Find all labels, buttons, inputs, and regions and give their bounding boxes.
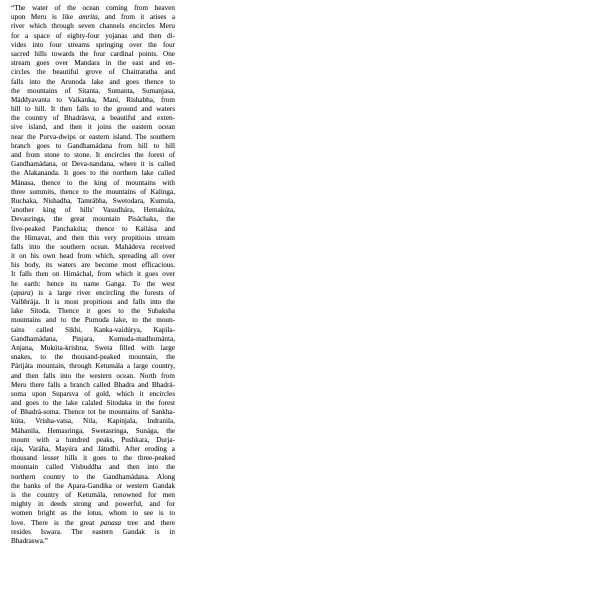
text-line: the Himavat, and then this very propitio…	[11, 234, 175, 243]
text-line: the Alakananda. It goes to the northern …	[11, 169, 175, 178]
text-line: sacred hills towards the four cardinal p…	[11, 50, 175, 59]
text-line: the mountains of Sitanta, Sumanta, Suman…	[11, 87, 175, 96]
text-line: Máddyavanta to Vaikanka, Mani, Rishabha,…	[11, 96, 175, 105]
text-line: and from stone to stone. It encircles th…	[11, 151, 175, 160]
text-line: Gandhamádana, Pinjara, Kumuda-madhumánta…	[11, 335, 175, 344]
book-page: “The water of the ocean coming from heav…	[0, 0, 600, 607]
text-line: river which through seven channels encir…	[11, 22, 175, 31]
text-line: near the Purva-dwips or eastern island. …	[11, 133, 175, 142]
text-line: he earth: hence its name Ganga. To the w…	[11, 280, 175, 289]
italic-term: apara	[13, 289, 30, 297]
text-line: “The water of the ocean coming from heav…	[11, 4, 175, 13]
text-line: love. There is the great panasa tree and…	[11, 519, 175, 528]
text-line: branch goes to Gandhamádana from hill to…	[11, 142, 175, 151]
text-line: mighty in deeds strong and powerful, and…	[11, 500, 175, 509]
text-line: mountain called Visbuddha and then into …	[11, 463, 175, 472]
text-line: mount with a hundred peaks, Pushkara, Du…	[11, 436, 175, 445]
text-line: Ruchaka, Nishadha, Tamrábha, Swetodara, …	[11, 197, 175, 206]
text-line: rája, Varáha, Mayúra and Játudhi. After …	[11, 445, 175, 454]
text-line: Párijáta mountain, through Ketumála a la…	[11, 362, 175, 371]
text-line: sive island, and then it joins the easte…	[11, 123, 175, 132]
text-line: Bhadraswa.”	[11, 537, 175, 546]
text-line: thousand lesser hills it goes to the thr…	[11, 454, 175, 463]
italic-term: amrita	[79, 13, 98, 21]
text-line: mountains and to the Purnoda lake, to th…	[11, 316, 175, 325]
text-line: falls into the southern ocean. Mahádeva …	[11, 243, 175, 252]
text-line: Mánasa, thence to the king of mountains …	[11, 179, 175, 188]
text-line: resides Iswara. The eastern Gandak is in	[11, 528, 175, 537]
text-line: hill to hill. It then falls to the groun…	[11, 105, 175, 114]
text-line: it on his own head from which, spreading…	[11, 252, 175, 261]
body-text-column: “The water of the ocean coming from heav…	[11, 4, 175, 546]
text-line: stream goes over Mandara in the east and…	[11, 59, 175, 68]
text-line: tains called Sikhi, Kanka-vaidúrya, Kapi…	[11, 326, 175, 335]
text-line: circles the beautiful grove of Chaitrara…	[11, 68, 175, 77]
text-line: Meru there falls a branch called Bhadra …	[11, 381, 175, 390]
text-line: and goes to the lake calaled Sitodaka in…	[11, 399, 175, 408]
text-line: (apara) is a large river encircling the …	[11, 289, 175, 298]
text-line: three summits, thence to the mountains o…	[11, 188, 175, 197]
text-line: Gandhamádana, or Deva-nandana, where it …	[11, 160, 175, 169]
text-line: lake Sitoda. Thence it goes to the Subak…	[11, 307, 175, 316]
text-line: the banks of the Apara-Gandika or wester…	[11, 482, 175, 491]
text-line: for a space of eighty-four yojanas and t…	[11, 32, 175, 41]
text-line: 'another king of hills' Vasudhára, Hemak…	[11, 206, 175, 215]
text-line: women bright as the lotus, whom to see i…	[11, 509, 175, 518]
text-line: five-peaked Panchakúta; thence to Kailás…	[11, 225, 175, 234]
text-line: and then falls into the western ocean. N…	[11, 372, 175, 381]
text-line: snakes, to the thousand-peaked mountain,…	[11, 353, 175, 362]
text-line: Vaibhrája. It is most propitious and fal…	[11, 298, 175, 307]
text-line: Anjana, Mukúta-krishna, Sweta filled wit…	[11, 344, 175, 353]
text-line: kúta, Vrisha-vatsa, Nila, Kapinjala, Ind…	[11, 417, 175, 426]
text-line: northern country to the Gandhamádana. Al…	[11, 473, 175, 482]
text-line: is the country of Ketumála, renowned for…	[11, 491, 175, 500]
text-line: Máhanila, Hemasringa, Swetasringa, Sunág…	[11, 427, 175, 436]
text-line: Devasringa, the great mountain Pisáchaks…	[11, 215, 175, 224]
text-line: It falls then on Himáchal, from which it…	[11, 270, 175, 279]
text-line: soma upon Suparsva of gold, which it enc…	[11, 390, 175, 399]
italic-term: panasa	[100, 519, 121, 527]
text-line: upon Meru is like amrita, and from it ar…	[11, 13, 175, 22]
text-line: falls into the Arunoda lake and goes the…	[11, 78, 175, 87]
text-line: vides into four streams springing over t…	[11, 41, 175, 50]
